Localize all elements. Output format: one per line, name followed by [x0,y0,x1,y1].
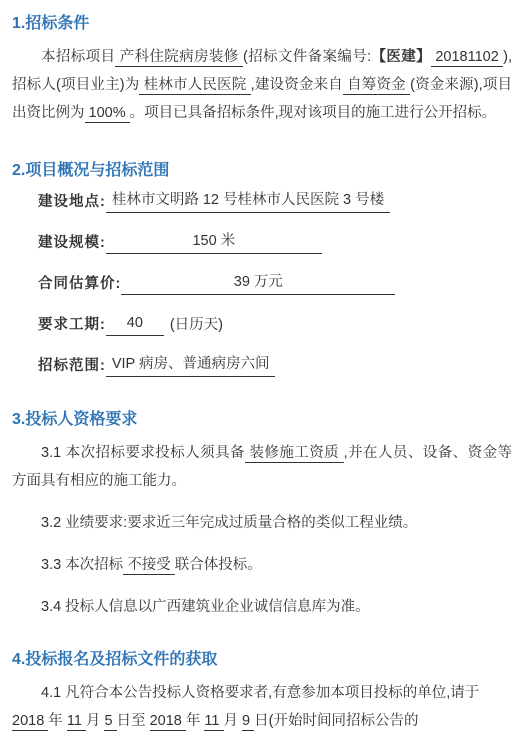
field-label: 招标范围: [38,358,106,374]
paragraph-3-3: 3.3 本次招标 不接受 联合体投标。 [12,551,512,579]
field-row-contract-estimate: 合同估算价:39 万元 [12,272,512,295]
text-run: 年 [48,713,67,729]
text-run: ,建设资金来自 [251,77,343,93]
text-run: 本招标项目 [41,49,115,65]
paragraph-3-1: 3.1 本次招标要求投标人须具备 装修施工资质 ,并在人员、设备、资金等方面具有… [12,439,512,495]
text-run: 月 [224,713,243,729]
blank-underlined-value: 100% [85,105,130,123]
field-suffix [275,358,281,374]
blank-underlined-value: 不接受 [123,557,175,575]
section-project-overview: 2.项目概况与招标范围 建设地点:桂林市文明路 12 号桂林市人民医院 3 号楼… [12,161,512,377]
field-suffix [395,276,401,292]
blank-underlined-value: 2018 [150,713,186,731]
paragraph-4-1-dates: 2018 年 11 月 5 日至 2018 年 11 月 9 日(开始时间同招标… [12,707,512,735]
section-heading: 3.投标人资格要求 [12,410,512,430]
text-run: 联合体投标。 [175,557,262,573]
paragraph: 本招标项目 产科住院病房装修 (招标文件备案编号:【医建】 20181102 )… [12,43,512,127]
text-run: 3.3 本次招标 [41,557,123,573]
field-value: 40 [106,313,164,336]
text-run: 3.4 投标人信息以广西建筑业企业诚信信息库为准。 [41,599,370,615]
blank-underlined-value: 自筹资金 [343,77,410,95]
field-row-required-duration: 要求工期:40(日历天) [12,313,512,336]
text-run: 3.1 本次招标要求投标人须具备 [41,445,245,461]
tender-announcement-document: 1.招标条件 本招标项目 产科住院病房装修 (招标文件备案编号:【医建】 201… [0,0,524,735]
text-run: 【医建】 [371,49,431,65]
field-label: 合同估算价: [38,276,121,292]
section-heading: 2.项目概况与招标范围 [12,161,512,181]
field-label: 建设地点: [38,194,106,210]
field-value: 39 万元 [121,272,395,295]
field-row-construction-site: 建设地点:桂林市文明路 12 号桂林市人民医院 3 号楼 [12,190,512,213]
text-run: 日至 [117,713,150,729]
blank-underlined-value: 11 [204,713,223,731]
field-suffix: (日历天) [164,317,223,333]
field-suffix [322,235,328,251]
blank-underlined-value: 2018 [12,713,48,731]
section-bidder-qualifications: 3.投标人资格要求 3.1 本次招标要求投标人须具备 装修施工资质 ,并在人员、… [12,410,512,621]
blank-underlined-value: 产科住院病房装修 [115,49,243,67]
blank-underlined-value: 20181102 [431,49,503,67]
field-row-construction-scale: 建设规模:150 米 [12,231,512,254]
section-bid-registration: 4.投标报名及招标文件的获取 4.1 凡符合本公告投标人资格要求者,有意参加本项… [12,650,512,735]
section-bidding-conditions: 1.招标条件 本招标项目 产科住院病房装修 (招标文件备案编号:【医建】 201… [12,14,512,127]
field-row-bid-scope: 招标范围:VIP 病房、普通病房六间 [12,354,512,377]
field-value: VIP 病房、普通病房六间 [106,354,276,377]
field-label: 建设规模: [38,235,106,251]
field-value: 150 米 [106,231,322,254]
text-run: 3.2 业绩要求:要求近三年完成过质量合格的类似工程业绩。 [41,515,417,531]
blank-underlined-value: 5 [104,713,116,731]
field-suffix [390,194,396,210]
paragraph-4-1: 4.1 凡符合本公告投标人资格要求者,有意参加本项目投标的单位,请于 [12,679,512,707]
blank-underlined-value: 装修施工资质 [245,445,344,463]
text-run: 年 [186,713,205,729]
blank-underlined-value: 桂林市人民医院 [139,77,250,95]
field-value: 桂林市文明路 12 号桂林市人民医院 3 号楼 [106,190,390,213]
section-heading: 1.招标条件 [12,14,512,34]
paragraph-3-4: 3.4 投标人信息以广西建筑业企业诚信信息库为准。 [12,593,512,621]
text-run: 。项目已具备招标条件,现对该项目的施工进行公开招标。 [130,105,497,121]
blank-underlined-value: 11 [67,713,86,731]
paragraph-3-2: 3.2 业绩要求:要求近三年完成过质量合格的类似工程业绩。 [12,509,512,537]
blank-underlined-value: 9 [242,713,254,731]
text-run: 4.1 凡符合本公告投标人资格要求者,有意参加本项目投标的单位,请于 [41,685,479,701]
text-run: 月 [86,713,105,729]
text-run: (招标文件备案编号: [243,49,371,65]
section-heading: 4.投标报名及招标文件的获取 [12,650,512,670]
field-label: 要求工期: [38,317,106,333]
text-run: 日(开始时间同招标公告的 [254,713,418,729]
